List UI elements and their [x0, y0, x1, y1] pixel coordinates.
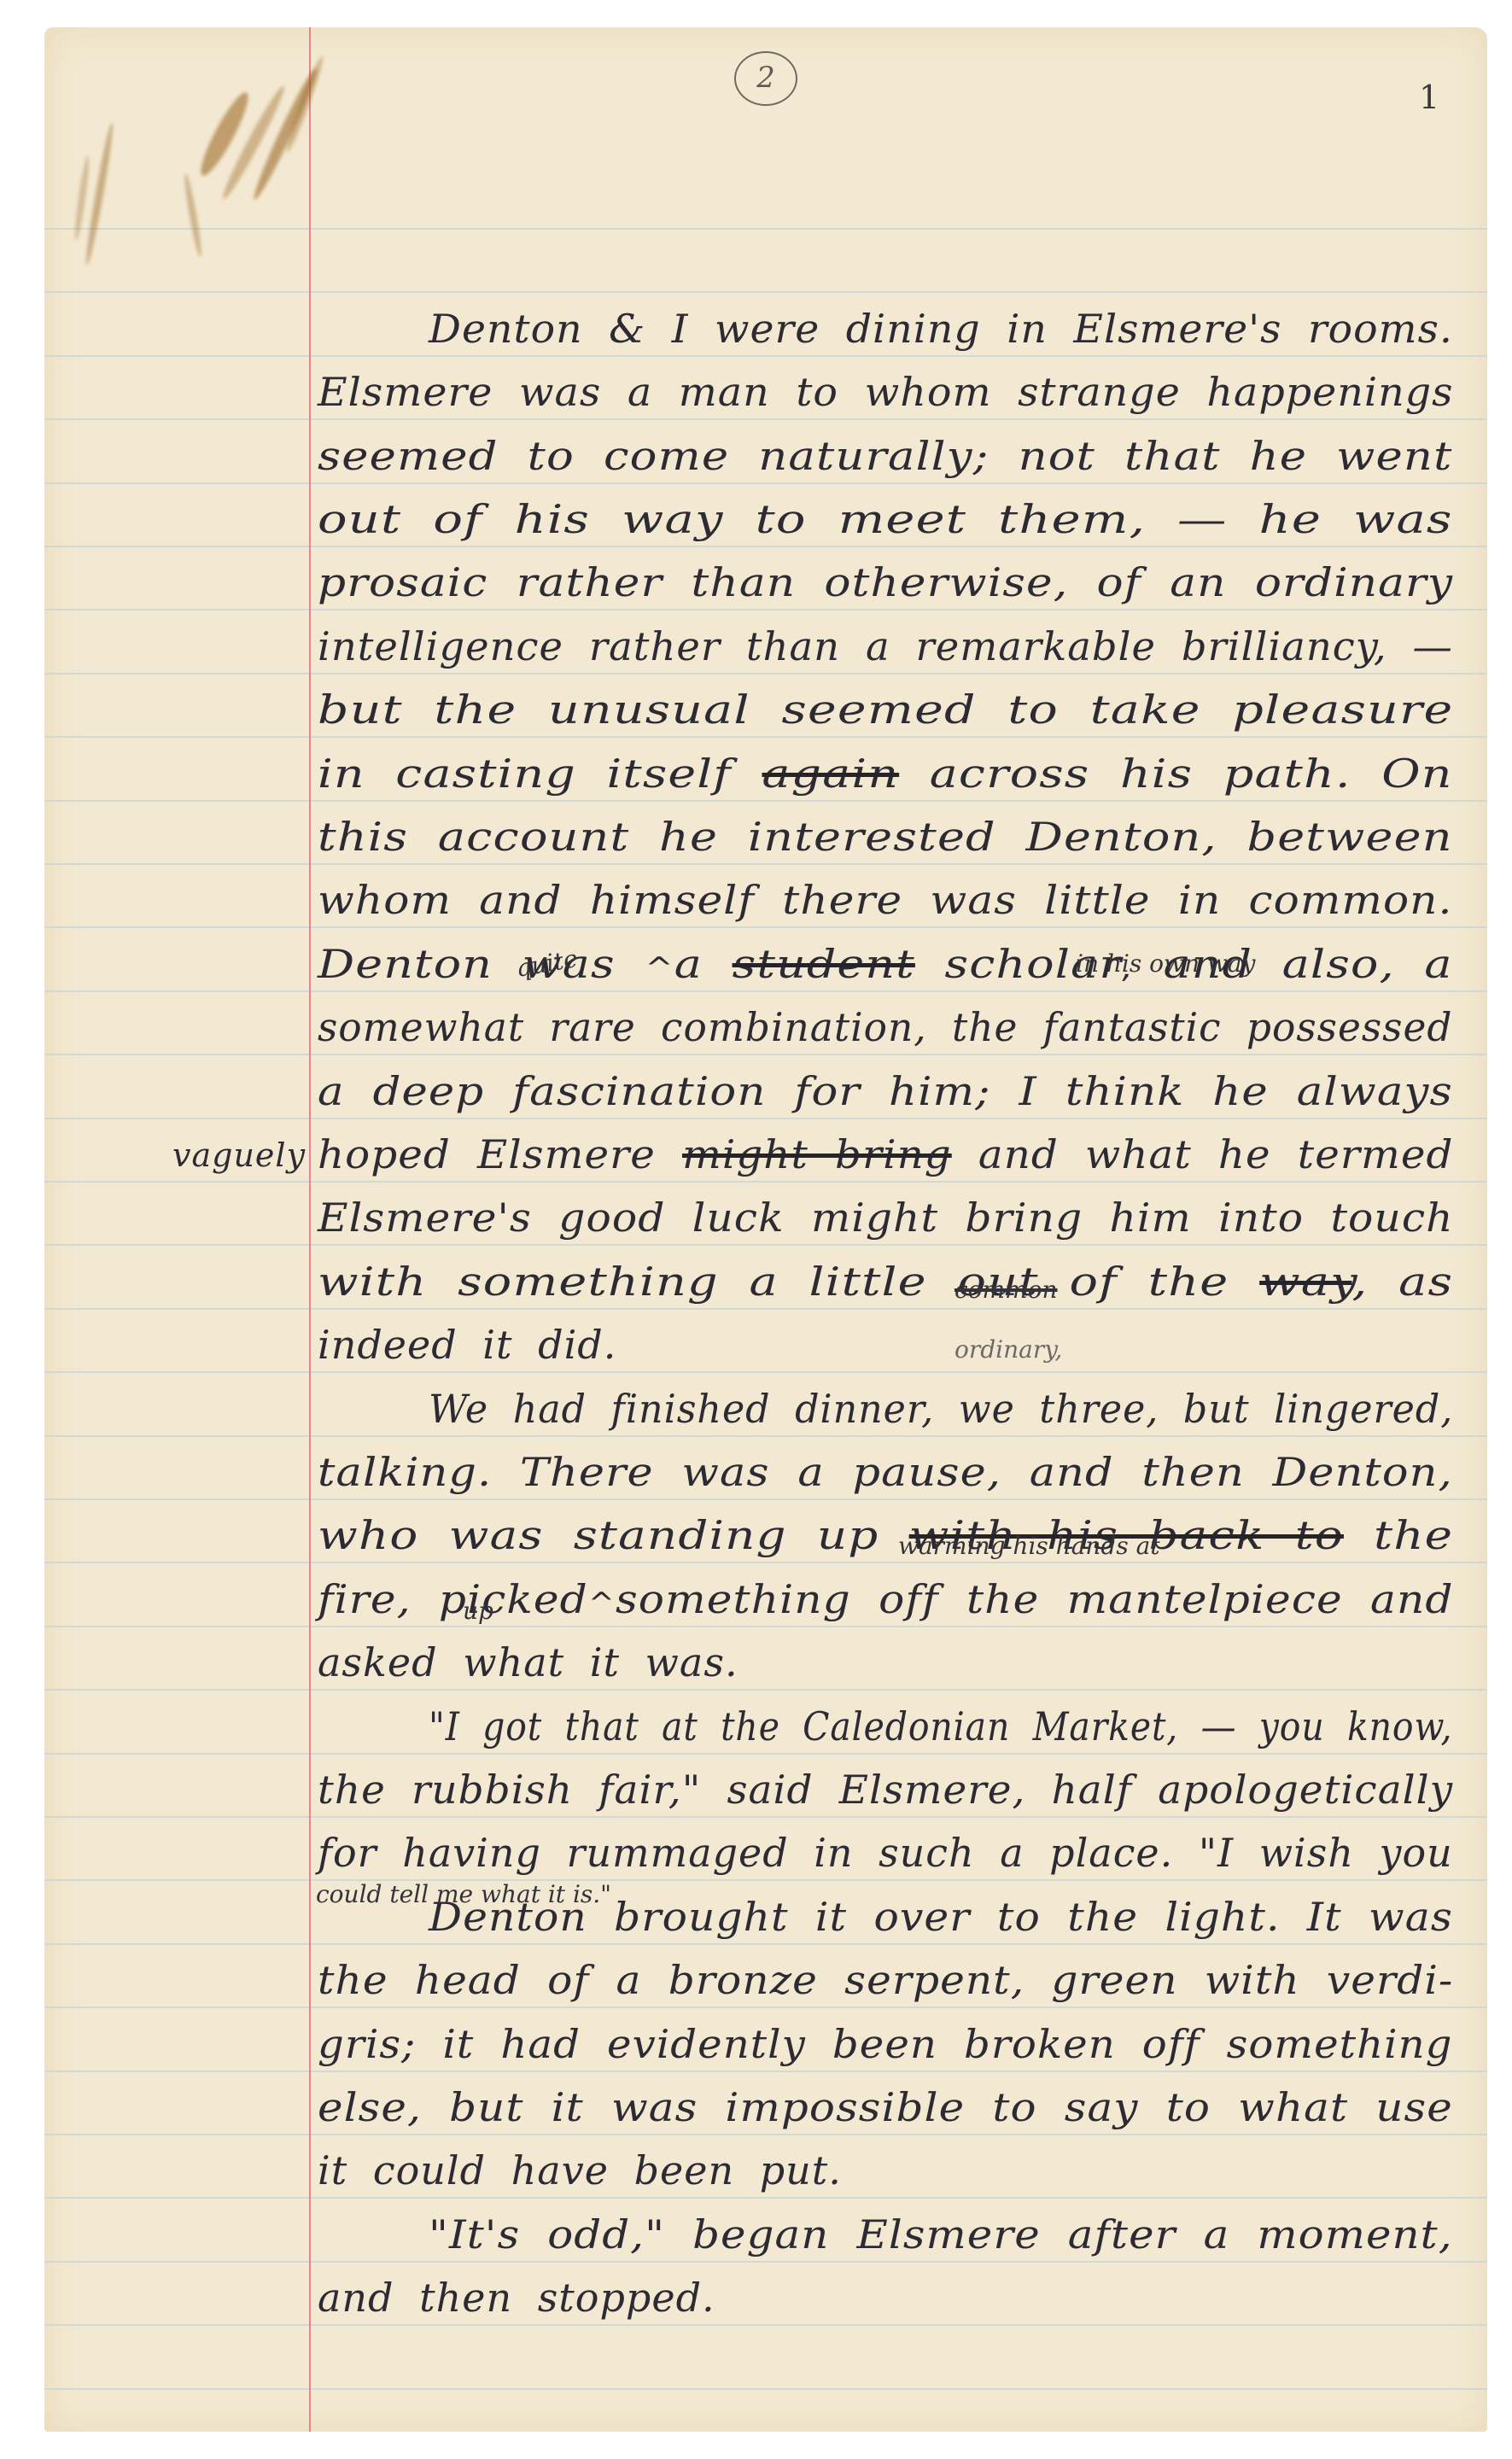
ruled-line: [44, 673, 1487, 675]
ruled-line: [44, 2197, 1487, 2199]
line-text: Denton was: [318, 941, 645, 987]
manuscript-line: in casting itself again across his path.…: [318, 751, 1453, 797]
manuscript-page: 2 1 Denton & I were dining in Elsmere's …: [44, 27, 1487, 2432]
ruled-line: [44, 1879, 1487, 1881]
manuscript-line: "I got that at the Caledonian Market, — …: [429, 1703, 1452, 1749]
manuscript-line: a deep fascination for him; I think he a…: [318, 1068, 1453, 1114]
ruled-line: [44, 736, 1487, 738]
ruled-line: [44, 1371, 1487, 1373]
ruled-line: [44, 1054, 1487, 1055]
ruled-line: [44, 546, 1487, 547]
ruled-line: [44, 1308, 1487, 1310]
insertion-ordinary: ordinary,: [954, 1335, 1062, 1364]
manuscript-line: intelligence rather than a remarkable br…: [318, 623, 1453, 669]
manuscript-line: this account he interested Denton, betwe…: [318, 814, 1453, 860]
line-text: and what he termed: [952, 1131, 1454, 1177]
manuscript-line: "It's odd," began Elsmere after a moment…: [429, 2211, 1453, 2257]
manuscript-line: for having rummaged in such a place. "I …: [318, 1830, 1453, 1876]
manuscript-line: seemed to come naturally; not that he we…: [318, 433, 1452, 479]
manuscript-line: out of his way to meet them, — he was: [318, 496, 1453, 542]
page-number: 2: [734, 51, 797, 106]
manuscript-line: else, but it was impossible to say to wh…: [318, 2084, 1453, 2130]
manuscript-line: but the unusual seemed to take pleasure: [318, 686, 1453, 733]
corner-mark: 1: [1419, 79, 1439, 116]
struck-text: might bring: [682, 1131, 952, 1177]
ruled-line: [44, 1118, 1487, 1119]
manuscript-line: who was standing up with his back to the: [318, 1512, 1453, 1558]
ruled-line: [44, 482, 1487, 484]
manuscript-line: the rubbish fair," said Elsmere, half ap…: [318, 1767, 1453, 1813]
ruled-line: [44, 1498, 1487, 1500]
ruled-line: [44, 2071, 1487, 2072]
ruled-line: [44, 1181, 1487, 1183]
ruled-line: [44, 990, 1487, 992]
manuscript-line: whom and himself there was little in com…: [318, 877, 1452, 923]
insertion-caret: ^: [588, 1586, 616, 1621]
ruled-line: [44, 355, 1487, 357]
ruled-line: [44, 1562, 1487, 1563]
line-text: the: [1344, 1512, 1453, 1558]
manuscript-line: Elsmere's good luck might bring him into…: [318, 1194, 1454, 1241]
ruled-line: [44, 1689, 1487, 1691]
ruled-line: [44, 1626, 1487, 1627]
manuscript-line: talking. There was a pause, and then Den…: [318, 1449, 1453, 1495]
ruled-line: [44, 1816, 1487, 1818]
line-text: in casting itself: [318, 751, 762, 797]
ruled-line: [44, 609, 1487, 610]
manuscript-line: somewhat rare combination, the fantastic…: [318, 1004, 1452, 1050]
manuscript-line: with something a little out of the way, …: [318, 1259, 1453, 1305]
line-text: a: [674, 941, 733, 987]
manuscript-line: it could have been put.: [318, 2147, 842, 2193]
insertion-warming-his-hands-at: warming his hands at: [898, 1532, 1160, 1560]
ruled-line: [44, 1244, 1487, 1246]
ruled-line: [44, 228, 1487, 230]
ruled-line: [44, 2134, 1487, 2135]
line-text: something off the mantelpiece and: [616, 1576, 1454, 1622]
insertion-up: up: [463, 1597, 493, 1625]
manuscript-line: and then stopped.: [318, 2275, 715, 2321]
line-text: hoped Elsmere: [318, 1131, 682, 1177]
struck-text: way: [1259, 1259, 1351, 1305]
manuscript-line: the head of a bronze serpent, green with…: [318, 1957, 1453, 2003]
line-text: with something a little out of the: [318, 1259, 1259, 1305]
ruled-line: [44, 926, 1487, 928]
ruled-line: [44, 800, 1487, 802]
insertion-could-tell-me: could tell me what it is.": [316, 1880, 611, 1908]
line-text: across his path. On: [899, 751, 1452, 797]
insertion-in-his-own-way: in his own way: [1076, 949, 1255, 978]
ruled-line: [44, 2261, 1487, 2263]
red-margin-line: [309, 27, 311, 2432]
manuscript-line: prosaic rather than otherwise, of an ord…: [318, 559, 1453, 605]
insertion-common: common: [954, 1276, 1058, 1304]
line-text: fire, picked: [318, 1576, 588, 1622]
manuscript-line: Denton & I were dining in Elsmere's room…: [429, 306, 1453, 352]
ruled-line: [44, 863, 1487, 865]
manuscript-line: hoped Elsmere might bring and what he te…: [318, 1131, 1453, 1177]
insertion-caret: ^: [645, 951, 674, 985]
manuscript-line: Denton was ^a student scholar, and also,…: [318, 941, 1453, 987]
struck-text: again: [762, 751, 900, 797]
ruled-line: [44, 418, 1487, 420]
manuscript-line: We had finished dinner, we three, but li…: [429, 1386, 1453, 1432]
ruled-line: [44, 2006, 1487, 2008]
manuscript-line: gris; it had evidently been broken off s…: [318, 2021, 1453, 2067]
ruled-line: [44, 2388, 1487, 2390]
ruled-line: [44, 1435, 1487, 1437]
ruled-line: [44, 291, 1487, 293]
margin-note: vaguely: [172, 1136, 306, 1174]
manuscript-line: asked what it was.: [318, 1639, 738, 1685]
manuscript-line: Elsmere was a man to whom strange happen…: [318, 369, 1454, 415]
line-text: who was standing up: [318, 1512, 909, 1558]
struck-text: student: [733, 941, 915, 987]
ruled-line: [44, 1943, 1487, 1945]
ruled-line: [44, 2324, 1487, 2326]
ruled-line: [44, 1753, 1487, 1755]
line-text: , as: [1351, 1259, 1453, 1305]
manuscript-line: indeed it did.: [318, 1322, 616, 1368]
